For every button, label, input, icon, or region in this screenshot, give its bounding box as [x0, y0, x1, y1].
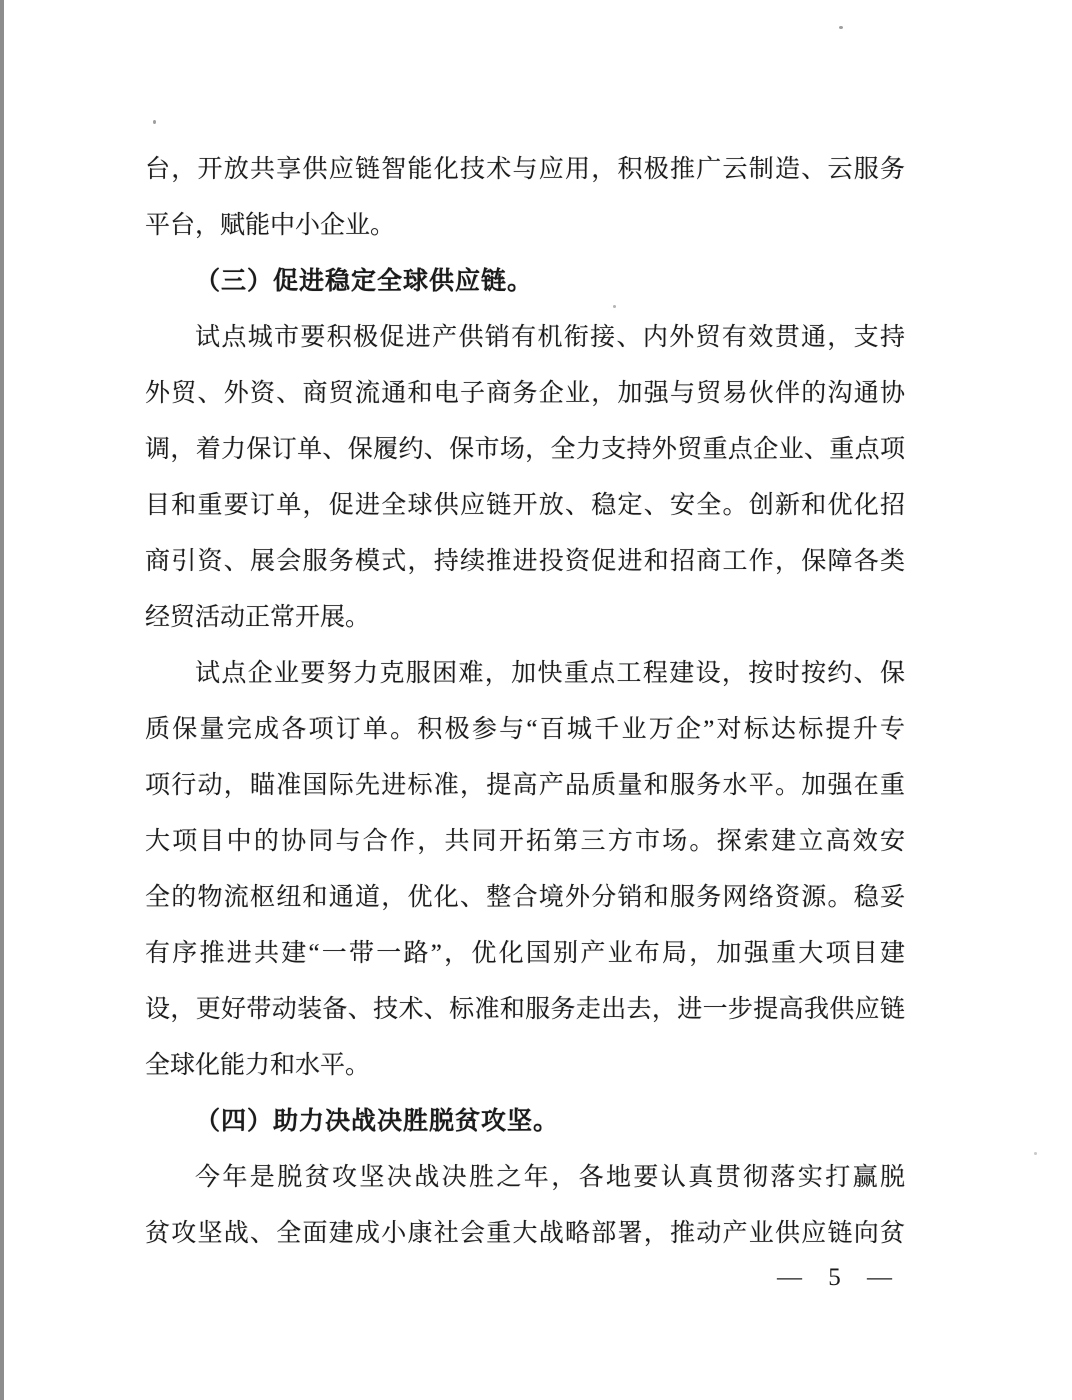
text-line: 项行动，瞄准国际先进标准，提高产品质量和服务水平。加强在重	[145, 758, 905, 814]
text-line: 平台，赋能中小企业。	[145, 198, 905, 254]
scanner-edge-strip	[0, 0, 4, 1400]
text-line: 设，更好带动装备、技术、标准和服务走出去，进一步提高我供应链	[145, 982, 905, 1038]
text-line: 全的物流枢纽和通道，优化、整合境外分销和服务网络资源。稳妥	[145, 870, 905, 926]
text-line: 试点企业要努力克服困难，加快重点工程建设，按时按约、保	[145, 646, 905, 702]
text-line: 台，开放共享供应链智能化技术与应用，积极推广云制造、云服务	[145, 142, 905, 198]
text-line: 质保量完成各项订单。积极参与“百城千业万企”对标达标提升专	[145, 702, 905, 758]
text-line: 大项目中的协同与合作，共同开拓第三方市场。探索建立高效安	[145, 814, 905, 870]
scan-speck	[1034, 1152, 1037, 1155]
document-text-block: 台，开放共享供应链智能化技术与应用，积极推广云制造、云服务 平台，赋能中小企业。…	[145, 142, 905, 1262]
text-line: 经贸活动正常开展。	[145, 590, 905, 646]
text-line: 商引资、展会服务模式，持续推进投资促进和招商工作，保障各类	[145, 534, 905, 590]
text-line: 调，着力保订单、保履约、保市场，全力支持外贸重点企业、重点项	[145, 422, 905, 478]
scanned-document-page: 台，开放共享供应链智能化技术与应用，积极推广云制造、云服务 平台，赋能中小企业。…	[0, 0, 1072, 1400]
scan-speck	[153, 120, 156, 124]
page-number: — 5 —	[777, 1258, 897, 1298]
text-line: 目和重要订单，促进全球供应链开放、稳定、安全。创新和优化招	[145, 478, 905, 534]
text-line: 贫攻坚战、全面建成小康社会重大战略部署，推动产业供应链向贫	[145, 1206, 905, 1262]
text-line: 今年是脱贫攻坚决战决胜之年，各地要认真贯彻落实打赢脱	[145, 1150, 905, 1206]
scan-speck	[839, 26, 843, 29]
text-line: 有序推进共建“一带一路”，优化国别产业布局，加强重大项目建	[145, 926, 905, 982]
text-line: 外贸、外资、商贸流通和电子商务企业，加强与贸易伙伴的沟通协	[145, 366, 905, 422]
section-heading-3: （三）促进稳定全球供应链。	[145, 254, 905, 310]
text-line: 全球化能力和水平。	[145, 1038, 905, 1094]
section-heading-4: （四）助力决战决胜脱贫攻坚。	[145, 1094, 905, 1150]
text-line: 试点城市要积极促进产供销有机衔接、内外贸有效贯通，支持	[145, 310, 905, 366]
